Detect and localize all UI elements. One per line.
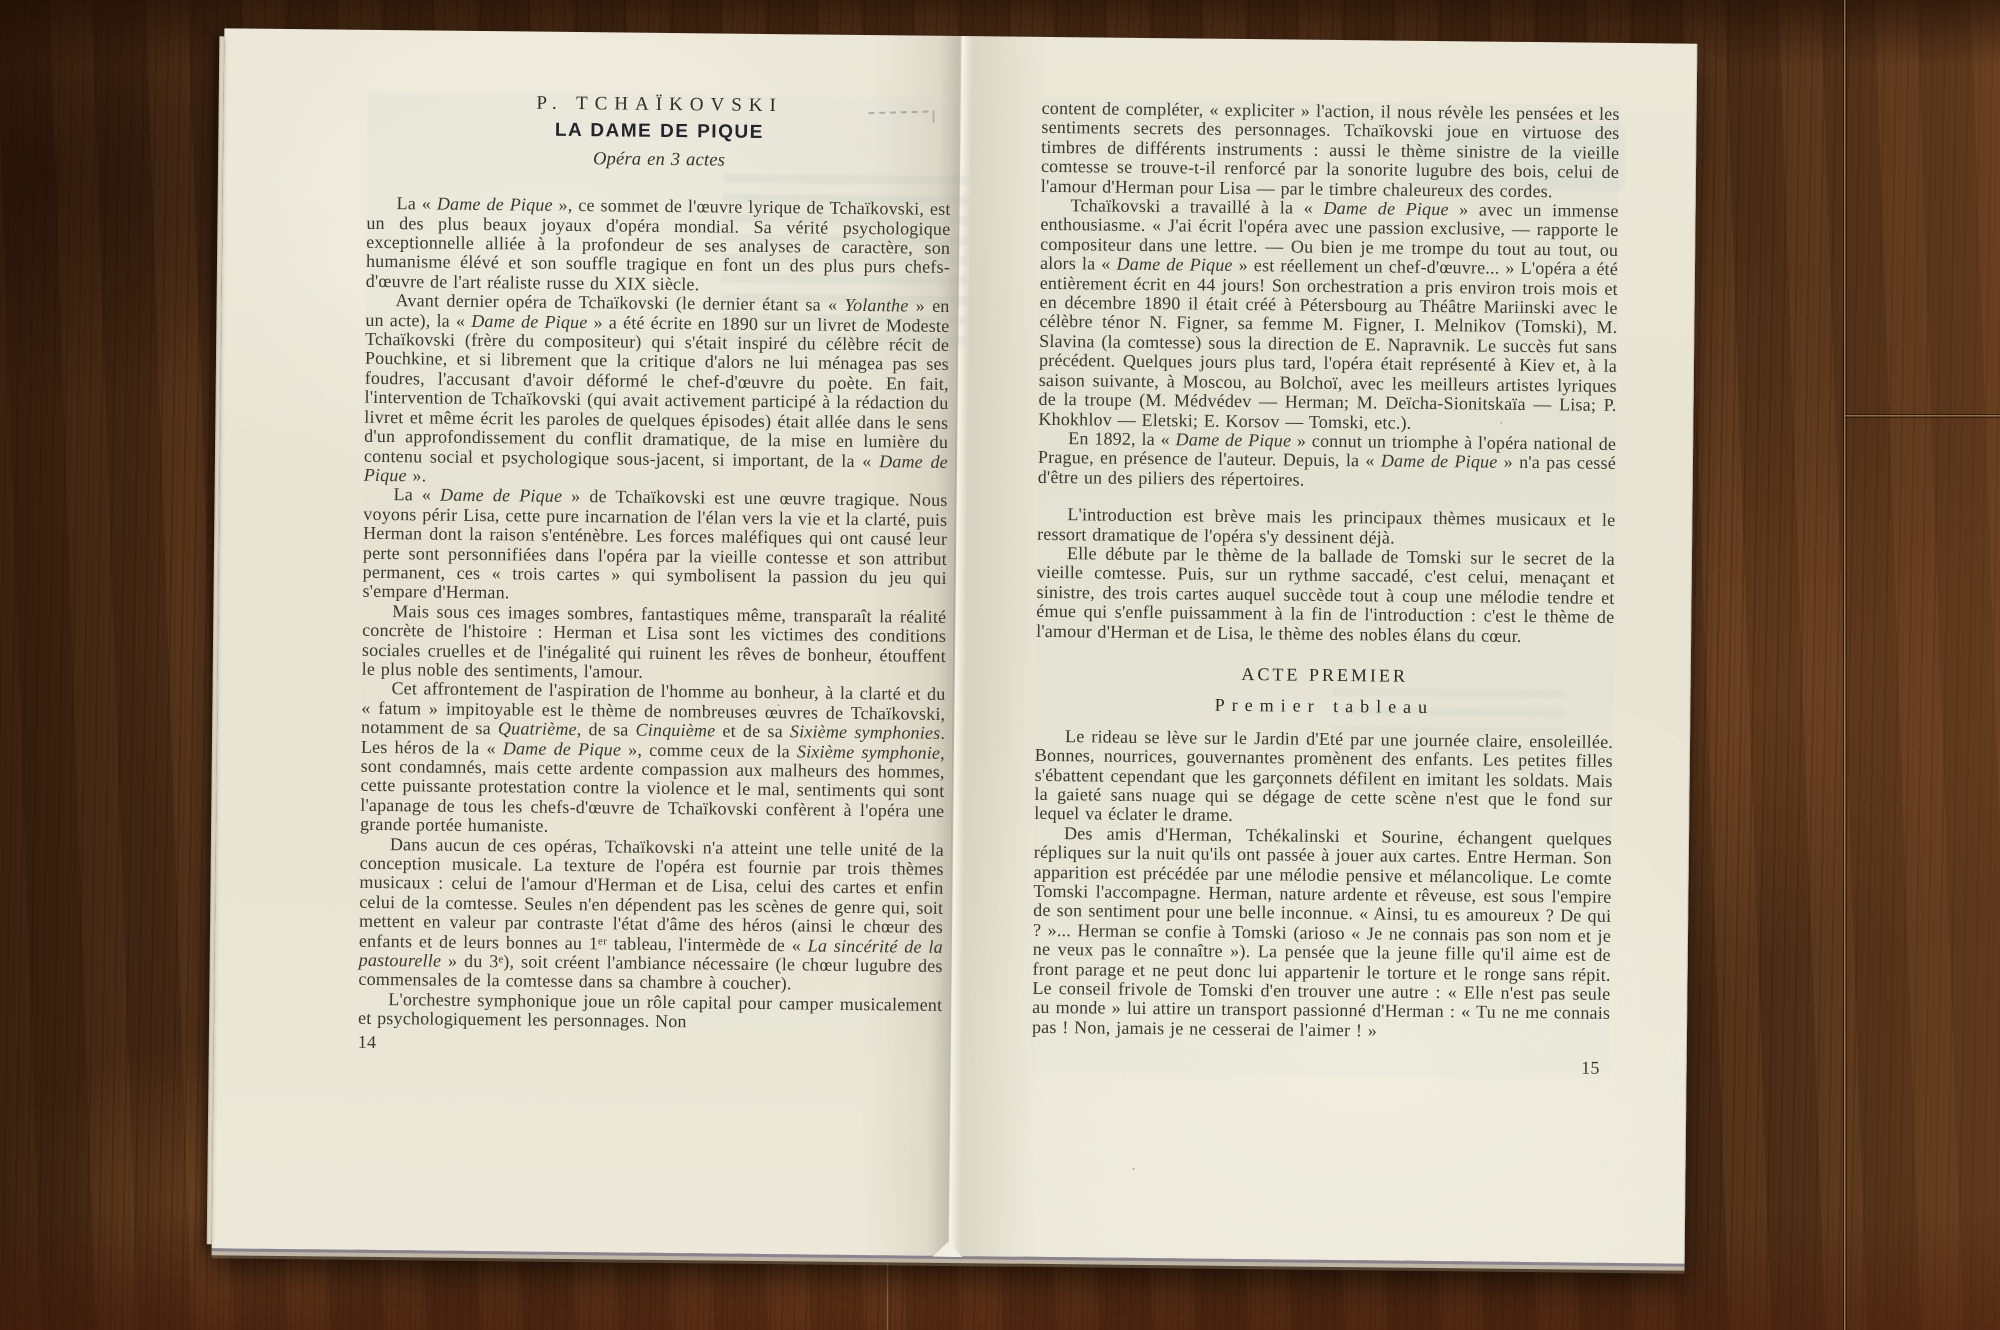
right-page: content de compléter, « expliciter » l'a…: [1032, 99, 1620, 1079]
wood-plank-seam-vertical: [1843, 0, 1847, 1330]
paragraph: L'orchestre symphonique joue un rôle cap…: [358, 990, 942, 1035]
page-number-right: 15: [1032, 1053, 1610, 1078]
paragraph: Elle débute par le thème de la ballade d…: [1036, 544, 1615, 647]
paragraph: La « Dame de Pique », ce sommet de l'œuv…: [366, 194, 951, 297]
left-page: P. TCHAÏKOVSKI LA DAME DE PIQUE Opéra en…: [358, 92, 952, 1058]
wood-plank-seam-bottom: [886, 1252, 889, 1330]
opera-title: LA DAME DE PIQUE: [367, 119, 951, 145]
wood-plank-seam-horizontal: [1845, 414, 2000, 418]
composer-name: P. TCHAÏKOVSKI: [368, 92, 952, 118]
open-booklet: P. TCHAÏKOVSKI LA DAME DE PIQUE Opéra en…: [212, 28, 1698, 1263]
paragraph: Dans aucun de ces opéras, Tchaïkovski n'…: [358, 834, 944, 995]
act-heading: ACTE PREMIER: [1036, 663, 1614, 688]
scene-heading: Premier tableau: [1035, 694, 1613, 719]
paragraph: En 1892, la « Dame de Pique » connut un …: [1038, 429, 1617, 493]
booklet-fold-notch: [933, 1242, 963, 1257]
photo-scene: P. TCHAÏKOVSKI LA DAME DE PIQUE Opéra en…: [0, 0, 2000, 1330]
paragraph: Tchaïkovski a travaillé à la « Dame de P…: [1038, 196, 1618, 435]
paragraph: Des amis d'Herman, Tchékalinski et Souri…: [1032, 824, 1612, 1044]
opera-subtitle: Opéra en 3 actes: [367, 148, 951, 174]
paragraph: Le rideau se lève sur le Jardin d'Eté pa…: [1034, 727, 1613, 830]
paragraph: content de compléter, « expliciter » l'a…: [1041, 99, 1620, 202]
paragraph: Avant dernier opéra de Tchaïkovski (le d…: [364, 291, 950, 491]
paragraph: La « Dame de Pique » de Tchaïkovski est …: [362, 485, 947, 608]
paragraph: Cet affrontement de l'aspiration de l'ho…: [360, 679, 946, 840]
page-number-left: 14: [358, 1032, 942, 1058]
paragraph: Mais sous ces images sombres, fantastiqu…: [362, 602, 947, 686]
